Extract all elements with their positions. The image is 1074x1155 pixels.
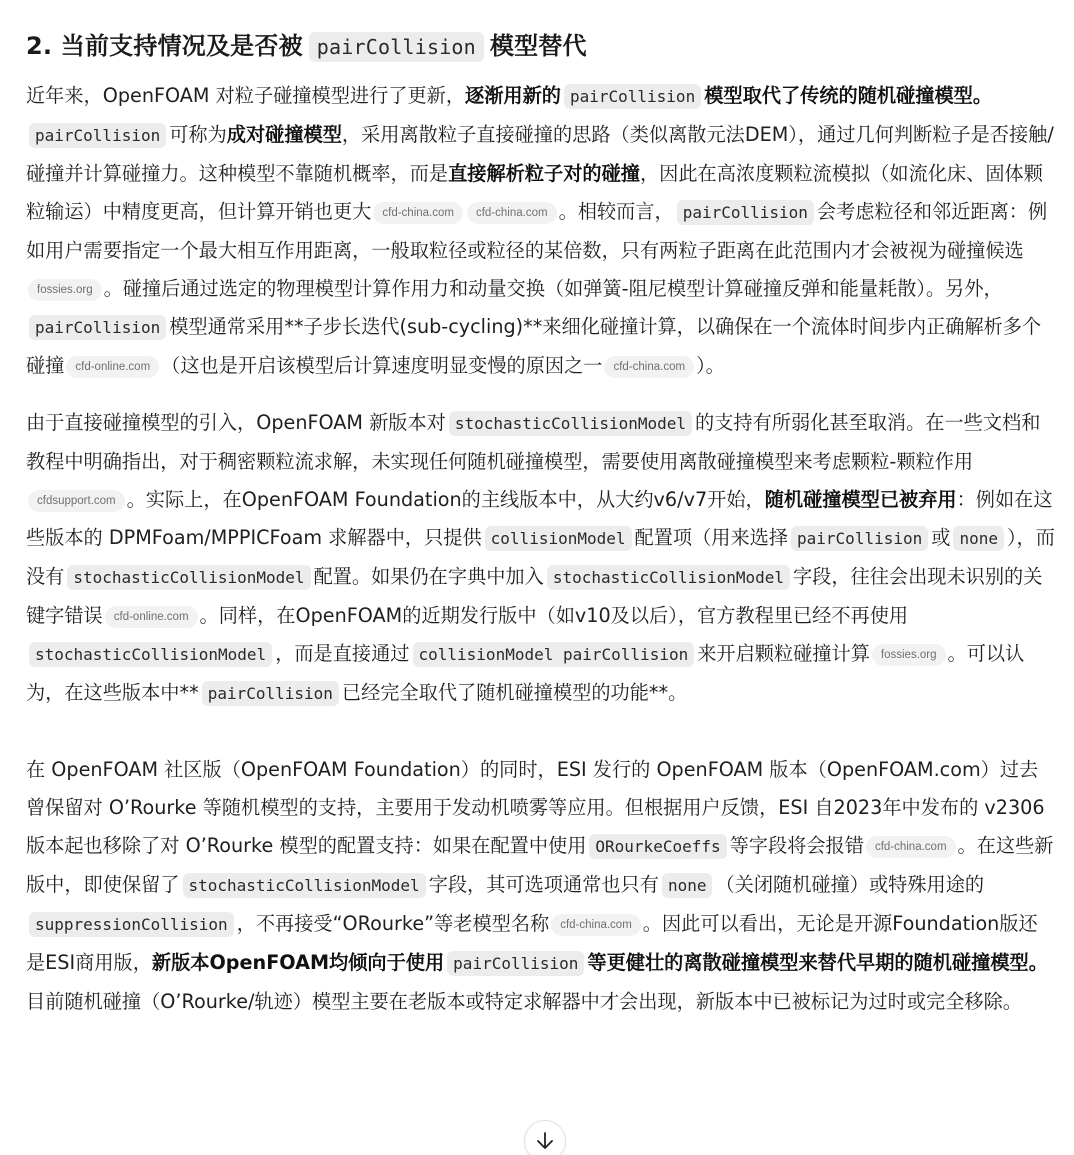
inline-code: pairCollision — [677, 200, 814, 225]
inline-code: none — [662, 873, 713, 898]
citation-link[interactable]: fossies.org — [872, 644, 946, 666]
citation-link[interactable]: fossies.org — [28, 279, 102, 301]
citation-link[interactable]: cfd-online.com — [105, 606, 198, 628]
citation-link[interactable]: cfdsupport.com — [28, 490, 125, 512]
citation-link[interactable]: cfd-china.com — [373, 202, 463, 224]
inline-code: stochasticCollisionModel — [29, 642, 272, 667]
bold-text: 随机碰撞模型已被弃用 — [765, 488, 957, 511]
inline-code: stochasticCollisionModel — [449, 411, 692, 436]
inline-code: none — [953, 526, 1004, 551]
inline-code: stochasticCollisionModel — [547, 565, 790, 590]
citation-link[interactable]: cfd-china.com — [604, 356, 694, 378]
citation-link[interactable]: cfd-online.com — [66, 356, 159, 378]
bold-text: 逐渐用新的 — [465, 84, 561, 107]
bold-text: 新版本OpenFOAM均倾向于使用 — [152, 951, 444, 974]
inline-code: collisionModel — [485, 526, 632, 551]
section-heading: 2. 当前支持情况及是否被pairCollision模型替代 — [26, 26, 1056, 67]
inline-code: pairCollision — [447, 951, 584, 976]
inline-code: pairCollision — [564, 84, 701, 109]
inline-code: pairCollision — [791, 526, 928, 551]
inline-code: collisionModel pairCollision — [413, 642, 695, 667]
inline-code: stochasticCollisionModel — [67, 565, 310, 590]
paragraph-3: 在 OpenFOAM 社区版（OpenFOAM Foundation）的同时，E… — [26, 751, 1056, 1021]
inline-code: pairCollision — [202, 681, 339, 706]
bold-text: 直接解析粒子对的碰撞 — [448, 162, 640, 185]
inline-code: suppressionCollision — [29, 912, 234, 937]
inline-code: ORourkeCoeffs — [589, 834, 726, 859]
inline-code: pairCollision — [309, 32, 484, 62]
citation-link[interactable]: cfd-china.com — [551, 914, 641, 936]
bold-text: 等更健壮的离散碰撞模型来替代早期的随机碰撞模型。 — [587, 951, 1048, 974]
bold-text: 模型取代了传统的随机碰撞模型。 — [704, 84, 992, 107]
article-content: 2. 当前支持情况及是否被pairCollision模型替代 近年来，OpenF… — [26, 0, 1056, 1021]
citation-link[interactable]: cfd-china.com — [866, 836, 956, 858]
arrow-down-icon — [536, 1131, 554, 1151]
inline-code: pairCollision — [29, 315, 166, 340]
inline-code: pairCollision — [29, 123, 166, 148]
citation-link[interactable]: cfd-china.com — [467, 202, 557, 224]
scroll-to-bottom-button[interactable] — [524, 1120, 566, 1155]
paragraph-1: 近年来，OpenFOAM 对粒子碰撞模型进行了更新，逐渐用新的pairColli… — [26, 77, 1056, 385]
bold-text: 成对碰撞模型 — [227, 123, 342, 146]
inline-code: stochasticCollisionModel — [183, 873, 426, 898]
paragraph-2: 由于直接碰撞模型的引入，OpenFOAM 新版本对stochasticColli… — [26, 404, 1056, 713]
